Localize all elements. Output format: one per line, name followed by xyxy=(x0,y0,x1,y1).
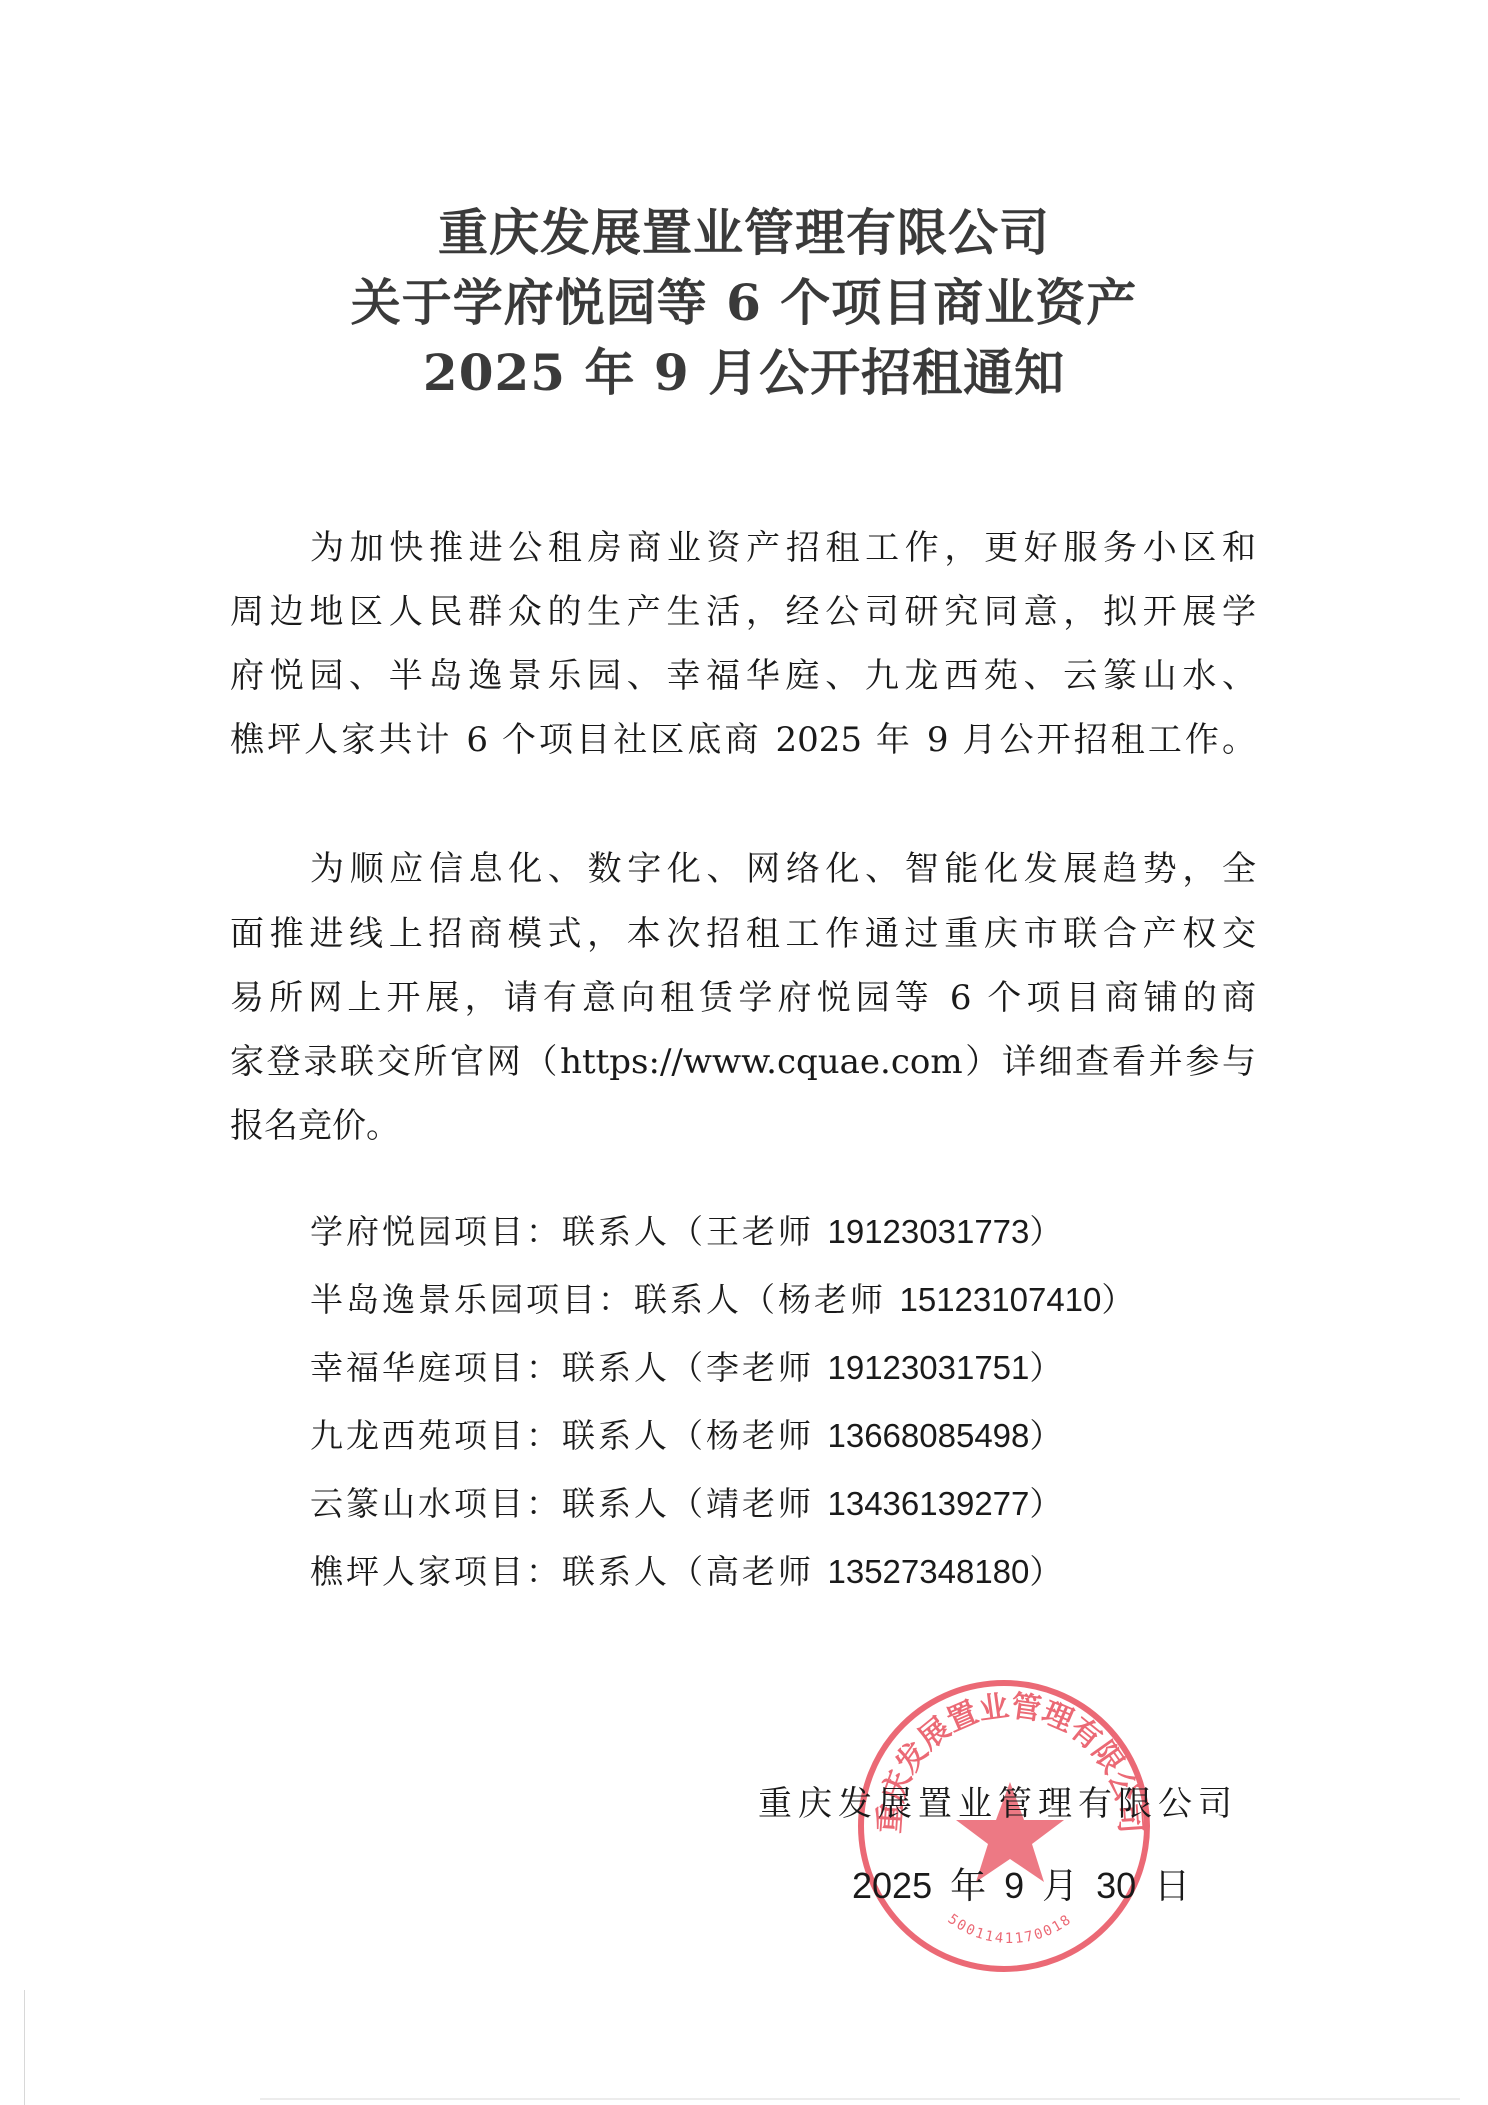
contact-row: 樵坪人家项目：联系人（高老师 13527348180） xyxy=(310,1550,1065,1594)
paragraph-2-line: 面推进线上招商模式，本次招租工作通过重庆市联合产权交 xyxy=(230,912,1256,956)
official-seal-stamp: 重庆发展置业管理有限公司 5001141170018 xyxy=(858,1680,1150,1972)
contact-project: 学府悦园项目：联系人（王老师 xyxy=(310,1212,814,1251)
contact-row: 云篆山水项目：联系人（靖老师 13436139277） xyxy=(310,1482,1065,1526)
paragraph-1-line: 周边地区人民群众的生产生活，经公司研究同意，拟开展学 xyxy=(230,590,1256,634)
signature-date: 2025 年 9 月 30 日 xyxy=(852,1858,1190,1909)
paragraph-1-line: 府悦园、半岛逸景乐园、幸福华庭、九龙西苑、云篆山水、 xyxy=(230,654,1256,698)
contact-phone: 19123031773 xyxy=(828,1213,1030,1250)
title-line-3: 2025 年 9 月公开招租通知 xyxy=(0,343,1488,403)
paragraph-2-line: 报名竞价。 xyxy=(230,1104,400,1148)
contact-row: 幸福华庭项目：联系人（李老师 19123031751） xyxy=(310,1346,1065,1390)
paragraph-2-line: 易所网上开展，请有意向租赁学府悦园等 6 个项目商铺的商 xyxy=(230,976,1256,1020)
paragraph-1-line: 为加快推进公租房商业资产招租工作，更好服务小区和 xyxy=(310,526,1256,570)
title-line-1: 重庆发展置业管理有限公司 xyxy=(0,203,1488,263)
contact-phone: 15123107410 xyxy=(900,1281,1102,1318)
contact-row: 学府悦园项目：联系人（王老师 19123031773） xyxy=(310,1210,1065,1254)
paragraph-2-line-with-link: 家登录联交所官网（https://www.cquae.com）详细查看并参与 xyxy=(230,1040,1256,1084)
scan-bottom-smudge xyxy=(260,2098,1460,2100)
scan-edge-line xyxy=(24,1990,25,2105)
document-page: 重庆发展置业管理有限公司 关于学府悦园等 6 个项目商业资产 2025 年 9 … xyxy=(0,0,1488,2105)
contact-phone: 13668085498 xyxy=(828,1417,1030,1454)
contact-project: 九龙西苑项目：联系人（杨老师 xyxy=(310,1416,814,1455)
paragraph-2-line: 为顺应信息化、数字化、网络化、智能化发展趋势，全 xyxy=(310,847,1256,891)
contact-row: 半岛逸景乐园项目：联系人（杨老师 15123107410） xyxy=(310,1278,1137,1322)
contact-close: ） xyxy=(1101,1280,1137,1319)
contact-row: 九龙西苑项目：联系人（杨老师 13668085498） xyxy=(310,1414,1065,1458)
contact-phone: 13436139277 xyxy=(828,1485,1030,1522)
contact-phone: 19123031751 xyxy=(828,1349,1030,1386)
contact-project: 樵坪人家项目：联系人（高老师 xyxy=(310,1552,814,1591)
contact-project: 半岛逸景乐园项目：联系人（杨老师 xyxy=(310,1280,886,1319)
contact-close: ） xyxy=(1029,1348,1065,1387)
paragraph-1-line: 樵坪人家共计 6 个项目社区底商 2025 年 9 月公开招租工作。 xyxy=(230,718,1256,762)
title-line-2: 关于学府悦园等 6 个项目商业资产 xyxy=(0,273,1488,333)
contact-phone: 13527348180 xyxy=(828,1553,1030,1590)
contact-close: ） xyxy=(1029,1212,1065,1251)
contact-close: ） xyxy=(1029,1416,1065,1455)
seal-star-icon: 重庆发展置业管理有限公司 5001141170018 xyxy=(864,1686,1156,1978)
contact-project: 云篆山水项目：联系人（靖老师 xyxy=(310,1484,814,1523)
contact-close: ） xyxy=(1029,1552,1065,1591)
contact-close: ） xyxy=(1029,1484,1065,1523)
contact-project: 幸福华庭项目：联系人（李老师 xyxy=(310,1348,814,1387)
svg-text:5001141170018: 5001141170018 xyxy=(945,1911,1076,1947)
signature-company: 重庆发展置业管理有限公司 xyxy=(758,1776,1238,1825)
